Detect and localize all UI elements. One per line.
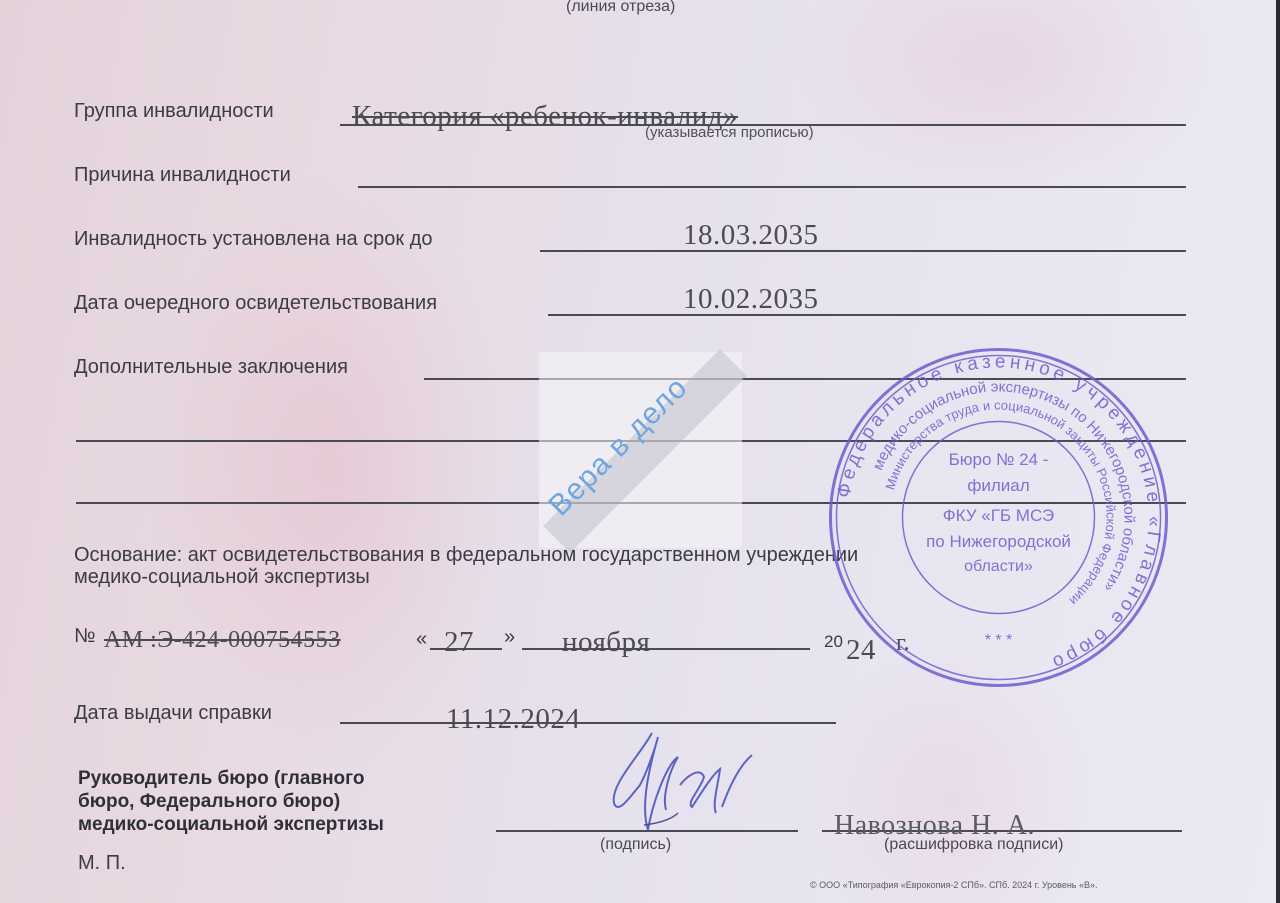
stamp-center-line-5: области» <box>964 558 1033 575</box>
printer-imprint: © ООО «Типография «Еврокопия-2 СПб». СПб… <box>810 880 1098 890</box>
act-month: ноября <box>562 626 650 659</box>
stamp-center-line-2: филиал <box>967 476 1029 495</box>
act-quote-close: » <box>504 626 515 649</box>
handwritten-signature-icon <box>600 725 770 840</box>
stamp-center-line-1: Бюро № 24 - <box>949 450 1049 469</box>
signatory-title-line-2: бюро, Федерального бюро) <box>78 791 340 813</box>
stamp-center-line-3: ФКУ «ГБ МСЭ <box>943 506 1055 525</box>
signatory-title-line-1: Руководитель бюро (главного <box>78 768 364 790</box>
disability-cause-label: Причина инвалидности <box>74 164 291 187</box>
photo-edge <box>1276 0 1280 903</box>
next-examination-line <box>548 314 1186 316</box>
disability-group-hint: (указывается прописью) <box>645 124 814 141</box>
issue-date-line <box>340 722 836 724</box>
established-until-value: 18.03.2035 <box>683 219 819 252</box>
seal-place-label: М. П. <box>78 852 126 875</box>
next-examination-label: Дата очередного освидетельствования <box>74 292 437 315</box>
act-quote-open: « <box>416 628 427 651</box>
disability-group-label: Группа инвалидности <box>74 100 274 123</box>
act-day: 27 <box>444 626 474 659</box>
established-until-label: Инвалидность установлена на срок до <box>74 228 433 251</box>
additional-conclusions-label: Дополнительные заключения <box>74 356 348 379</box>
act-number-sign: № <box>74 625 95 648</box>
issue-date-value: 11.12.2024 <box>446 703 580 736</box>
next-examination-value: 10.02.2035 <box>683 283 819 316</box>
name-caption: (расшифровка подписи) <box>884 836 1063 854</box>
stamp-center-line-4: по Нижегородской <box>926 532 1071 551</box>
stamp-stars: * * * <box>985 632 1013 649</box>
cut-line-label: (линия отреза) <box>566 0 675 16</box>
basis-line-2: медико-социальной экспертизы <box>74 566 370 589</box>
issue-date-label: Дата выдачи справки <box>74 702 272 725</box>
disability-cause-line <box>358 186 1186 188</box>
signatory-title-line-3: медико-социальной экспертизы <box>78 814 384 836</box>
basis-line-1: Основание: акт освидетельствования в фед… <box>74 544 858 567</box>
act-number: АМ :Э-424-000754553 <box>104 627 341 654</box>
official-stamp-icon: Федеральное казенное учреждение «Главное… <box>826 345 1171 690</box>
established-until-line <box>540 250 1186 252</box>
